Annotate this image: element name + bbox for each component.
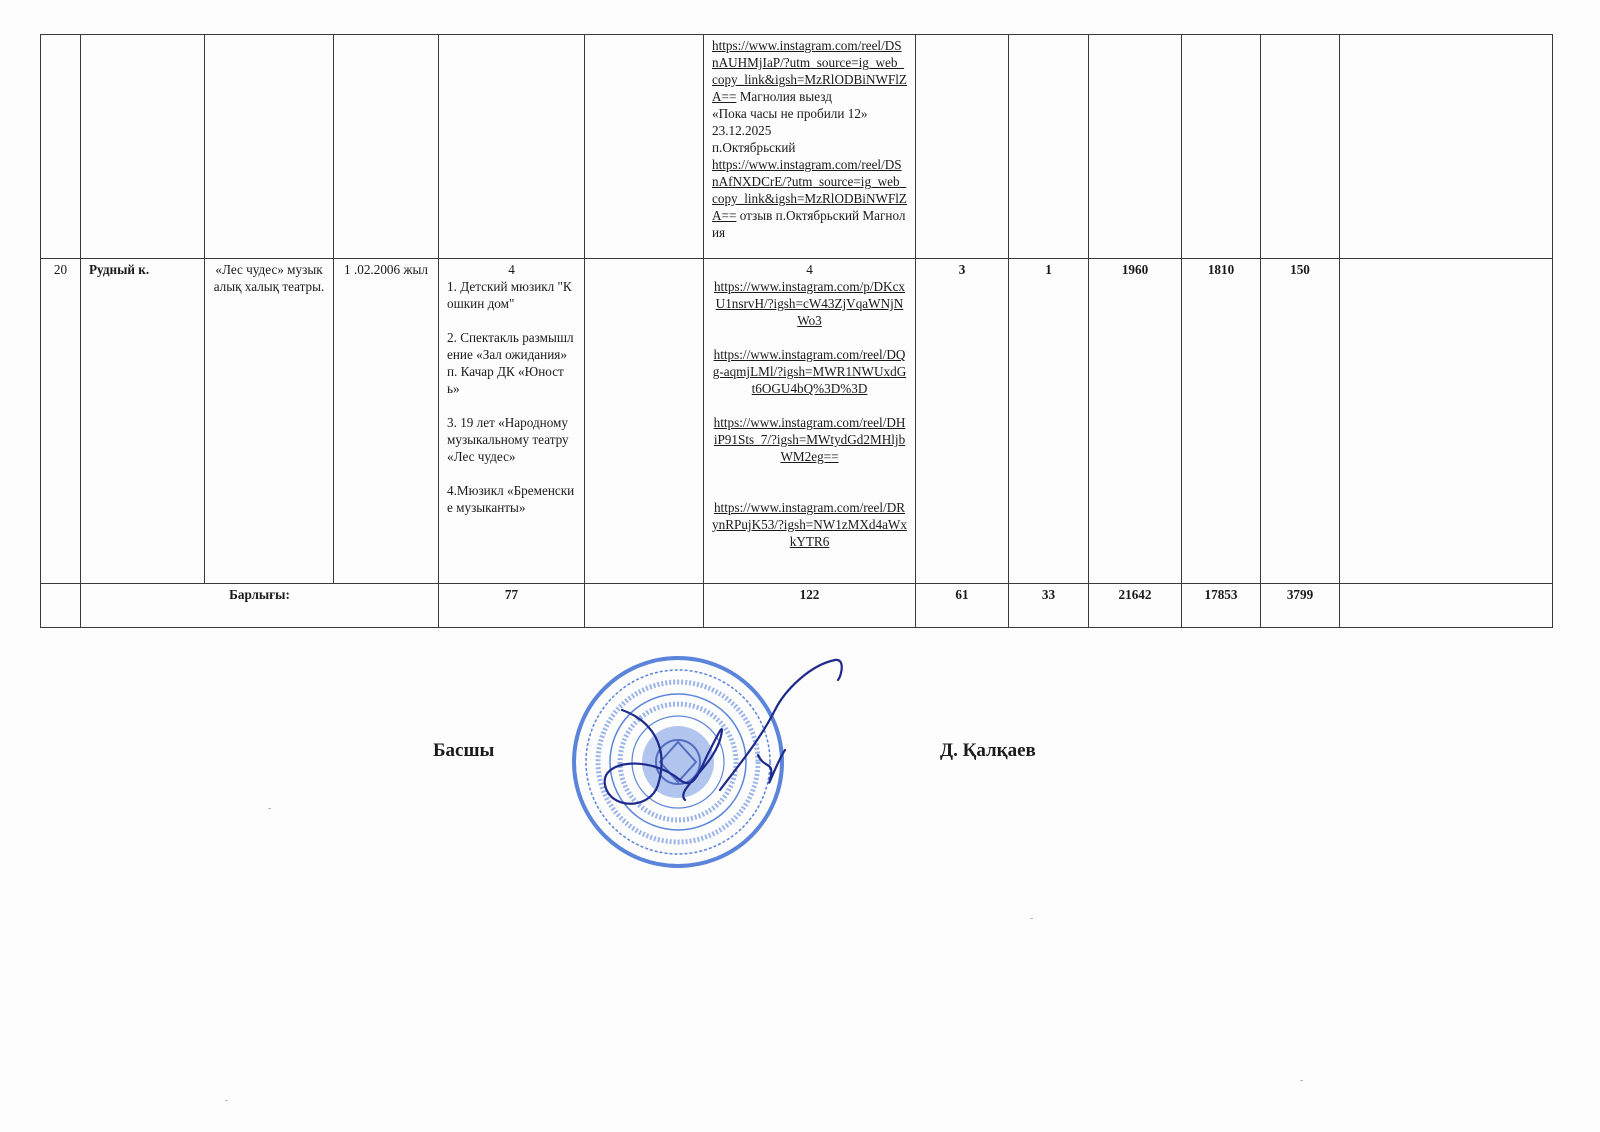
instagram-link[interactable]: https://www.instagram.com/reel/DHiP91Sts… [712,414,907,465]
cell-value [1182,35,1261,259]
table-row-20: 20 Рудный к. «Лес чудес» музыкалық халық… [41,259,1553,584]
cell-date: 1 .02.2006 жыл [334,259,439,584]
official-stamp [560,650,860,880]
cell-notes [1340,584,1553,628]
event-item: 4.Мюзикл «Бременские музыканты» [447,482,576,516]
instagram-link[interactable]: https://www.instagram.com/reel/DQg-aqmjL… [712,346,907,397]
cell-links: https://www.instagram.com/reel/DSnAUHMjI… [704,35,916,259]
cell-value: 1 [1009,259,1089,584]
event-item: 2. Спектакль размышление «Зал ожидания» … [447,329,576,397]
signatory-title: Басшы [433,740,494,762]
events-count: 4 [447,261,576,278]
total-value: 3799 [1261,584,1340,628]
stamp-icon [560,650,860,880]
cell-value: 1960 [1089,259,1182,584]
event-title: «Пока часы не пробили 12» [712,105,907,122]
total-value: 33 [1009,584,1089,628]
cell-col6 [585,584,704,628]
table-row-total: Барлығы: 77 122 61 33 21642 17853 3799 [41,584,1553,628]
cell-value [916,35,1009,259]
link-note: Магнолия выезд [736,89,832,104]
links-count: 4 [712,261,907,278]
total-value: 17853 [1182,584,1261,628]
cell-number [41,35,81,259]
cell-col6 [585,35,704,259]
cell-links: 4 https://www.instagram.com/p/DKcxU1nsrv… [704,259,916,584]
cell-collective: «Лес чудес» музыкалық халық театры. [205,259,334,584]
cell-value [1009,35,1089,259]
signatory-name: Д. Қалқаев [940,740,1036,762]
link-note: отзыв п.Октябрьский Магнолия [712,208,905,240]
total-value: 61 [916,584,1009,628]
cell-collective [205,35,334,259]
instagram-link[interactable]: https://www.instagram.com/reel/DRynRPujK… [712,499,907,550]
scan-speck [1030,918,1033,919]
total-events: 77 [439,584,585,628]
event-item: 1. Детский мюзикл "Кошкин дом" [447,278,576,312]
report-table: https://www.instagram.com/reel/DSnAUHMjI… [40,34,1553,628]
total-links: 122 [704,584,916,628]
event-item: 3. 19 лет «Народному музыкальному театру… [447,414,576,465]
total-label: Барлығы: [81,584,439,628]
instagram-link[interactable]: https://www.instagram.com/p/DKcxU1nsrvH/… [712,278,907,329]
cell-notes [1340,35,1553,259]
document-page: https://www.instagram.com/reel/DSnAUHMjI… [0,0,1600,1132]
scan-speck [225,1100,228,1101]
cell-events [439,35,585,259]
cell-notes [1340,259,1553,584]
cell-district [81,35,205,259]
cell-value [1261,35,1340,259]
cell-value: 3 [916,259,1009,584]
event-place: п.Октябрьский [712,139,907,156]
cell-value [1089,35,1182,259]
cell-date [334,35,439,259]
cell-number [41,584,81,628]
cell-events: 4 1. Детский мюзикл "Кошкин дом" 2. Спек… [439,259,585,584]
total-value: 21642 [1089,584,1182,628]
scan-speck [268,808,271,809]
cell-col6 [585,259,704,584]
cell-value: 1810 [1182,259,1261,584]
scan-speck [1300,1080,1303,1081]
cell-number: 20 [41,259,81,584]
cell-value: 150 [1261,259,1340,584]
table-row-continued: https://www.instagram.com/reel/DSnAUHMjI… [41,35,1553,259]
cell-district: Рудный к. [81,259,205,584]
event-date: 23.12.2025 [712,122,907,139]
